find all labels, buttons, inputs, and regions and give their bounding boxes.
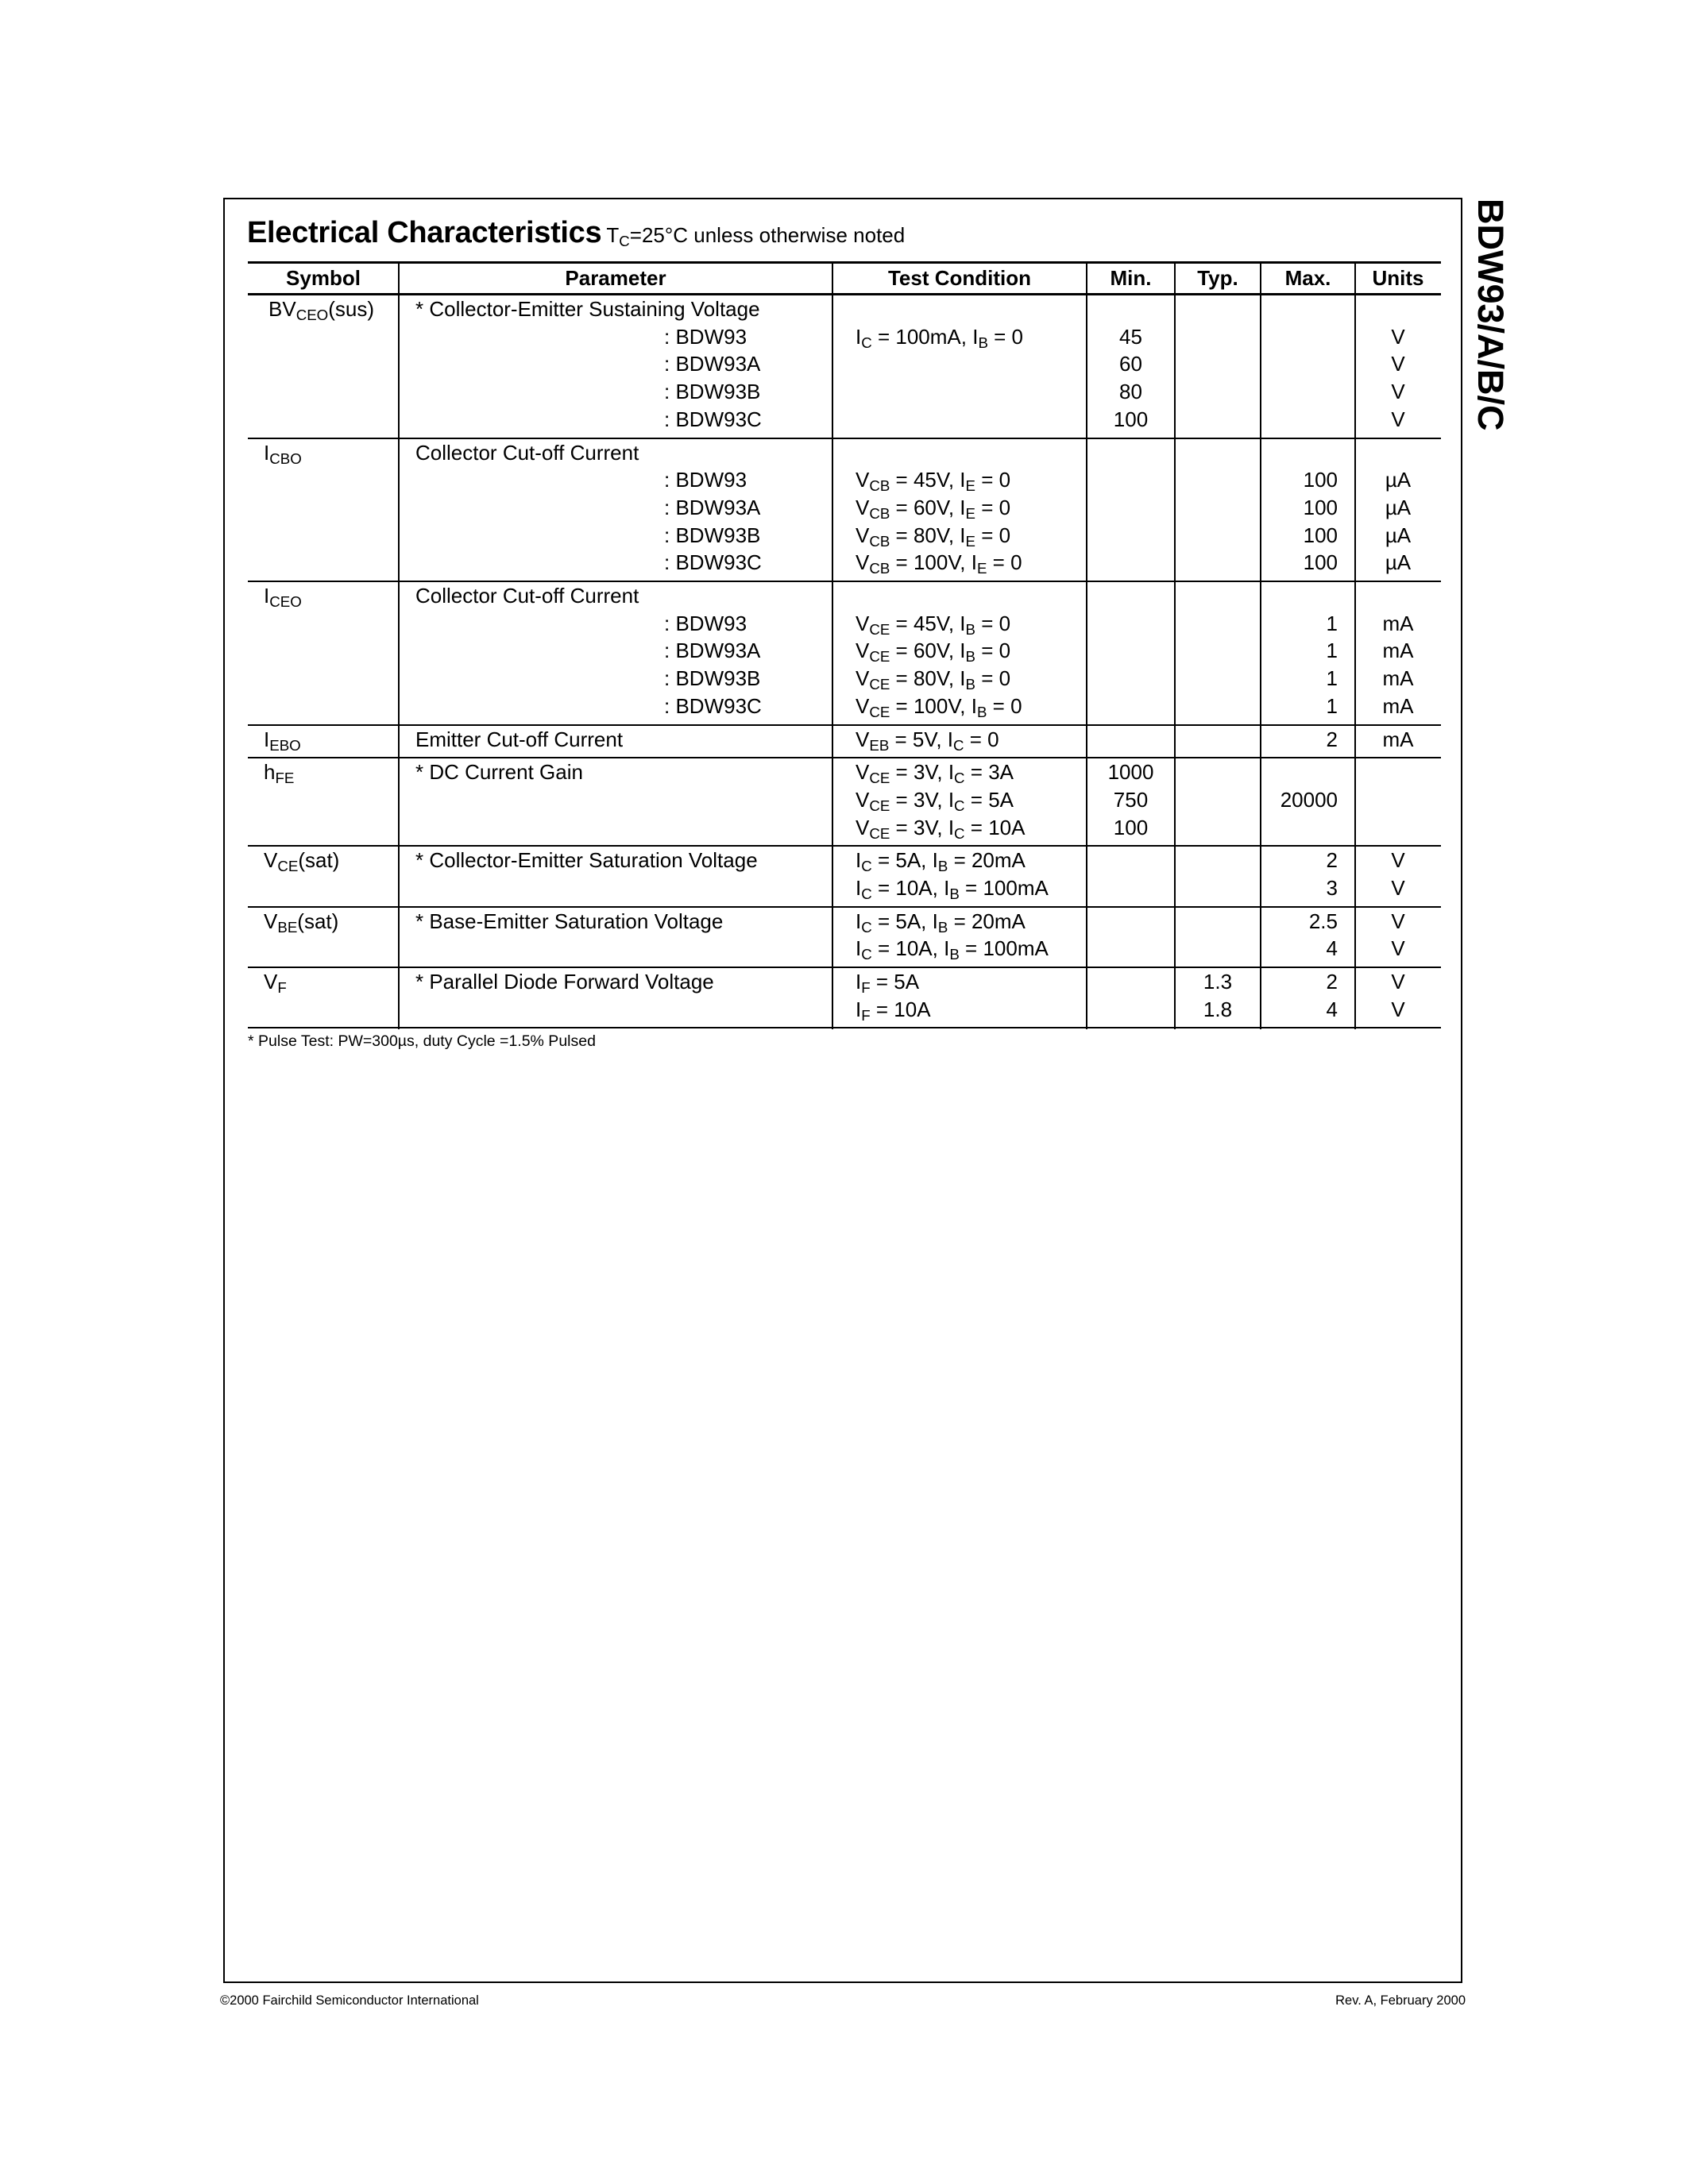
- device-variant: : BDW93A: [664, 350, 760, 378]
- max-value: 100: [1261, 466, 1338, 494]
- subscript: C: [861, 947, 872, 963]
- test-condition-cell: VCB = 100V, IE = 0: [856, 549, 1022, 577]
- part-number-text: BDW93/A/B/C: [1474, 199, 1506, 431]
- device-variant: : BDW93B: [664, 522, 760, 550]
- device-variant: : BDW93C: [664, 406, 762, 434]
- test-condition-cell: IF = 5A: [856, 968, 919, 996]
- max-value: 1: [1261, 693, 1338, 720]
- subscript: B: [949, 947, 959, 963]
- device-variant: : BDW93: [664, 323, 747, 351]
- subscript: CBO: [269, 450, 302, 467]
- max-value: 2: [1261, 968, 1338, 996]
- max-value: 1: [1261, 665, 1338, 693]
- typ-value: 1.3: [1175, 968, 1261, 996]
- subscript: C: [861, 919, 872, 936]
- test-condition-cell: VCB = 45V, IE = 0: [856, 466, 1010, 494]
- units-value: µA: [1355, 549, 1441, 577]
- parameter-cell: Collector Cut-off Current: [415, 582, 639, 610]
- subscript: B: [938, 859, 948, 875]
- column-divider: [1174, 261, 1176, 1029]
- subscript: CE: [869, 825, 890, 842]
- table-header-row: Symbol Parameter Test Condition Min. Typ…: [248, 261, 1441, 295]
- subscript: C: [954, 770, 965, 786]
- min-value: 80: [1087, 378, 1175, 406]
- test-condition-cell: VCE = 3V, IC = 10A: [856, 814, 1025, 842]
- symbol-cell: ICBO: [264, 439, 302, 467]
- test-condition-cell: VEB = 5V, IC = 0: [856, 726, 999, 754]
- subscript: CE: [277, 859, 298, 875]
- units-value: V: [1355, 968, 1441, 996]
- subscript: BE: [277, 919, 297, 936]
- units-value: V: [1355, 406, 1441, 434]
- column-divider: [1354, 261, 1356, 1029]
- test-condition-cell: VCB = 60V, IE = 0: [856, 494, 1010, 522]
- device-variant: : BDW93: [664, 466, 747, 494]
- table-row-group: BVCEO(sus)* Collector-Emitter Sustaining…: [248, 295, 1441, 439]
- subscript: CB: [869, 477, 890, 494]
- subscript: C: [619, 233, 630, 249]
- header-min: Min.: [1087, 264, 1175, 293]
- device-variant: : BDW93B: [664, 378, 760, 406]
- symbol-cell: hFE: [264, 758, 294, 786]
- subscript: C: [861, 334, 872, 351]
- test-condition-cell: IC = 5A, IB = 20mA: [856, 908, 1026, 936]
- subscript: B: [978, 334, 987, 351]
- symbol-cell: ICEO: [264, 582, 302, 610]
- units-value: µA: [1355, 494, 1441, 522]
- subscript: B: [977, 704, 987, 720]
- max-value: 1: [1261, 610, 1338, 638]
- table-row-group: hFE* DC Current GainVCE = 3V, IC = 3A100…: [248, 758, 1441, 847]
- subscript: F: [861, 1007, 870, 1024]
- test-condition-cell: VCE = 3V, IC = 3A: [856, 758, 1014, 786]
- min-value: 1000: [1087, 758, 1175, 786]
- subscript: FE: [275, 770, 294, 786]
- units-value: µA: [1355, 466, 1441, 494]
- header-symbol: Symbol: [248, 264, 399, 293]
- max-value: 2.5: [1261, 908, 1338, 936]
- table-row-group: IEBO Emitter Cut-off CurrentVEB = 5V, IC…: [248, 726, 1441, 759]
- test-condition-cell: VCE = 100V, IB = 0: [856, 693, 1022, 720]
- device-variant: : BDW93C: [664, 693, 762, 720]
- units-value: mA: [1355, 665, 1441, 693]
- max-value: 4: [1261, 935, 1338, 963]
- min-value: 750: [1087, 786, 1175, 814]
- max-value: 100: [1261, 549, 1338, 577]
- device-variant: : BDW93A: [664, 637, 760, 665]
- max-value: 100: [1261, 522, 1338, 550]
- subscript: C: [954, 825, 965, 842]
- device-variant: : BDW93B: [664, 665, 760, 693]
- column-divider: [1260, 261, 1261, 1029]
- test-condition-cell: IC = 5A, IB = 20mA: [856, 847, 1026, 874]
- min-value: 100: [1087, 814, 1175, 842]
- parameter-cell: Collector Cut-off Current: [415, 439, 639, 467]
- subscript: CE: [869, 621, 890, 638]
- symbol-cell: VF: [264, 968, 287, 996]
- table-row-group: ICBO Collector Cut-off Current: BDW93VCB…: [248, 439, 1441, 583]
- units-value: V: [1355, 323, 1441, 351]
- subscript: C: [954, 797, 965, 814]
- parameter-cell: * DC Current Gain: [415, 758, 583, 786]
- table-row-group: VCE(sat)* Collector-Emitter Saturation V…: [248, 847, 1441, 907]
- subscript: CB: [869, 533, 890, 550]
- test-condition-cell: IC = 100mA, IB = 0: [856, 323, 1023, 351]
- column-divider: [398, 261, 400, 1029]
- units-value: V: [1355, 874, 1441, 902]
- units-value: V: [1355, 996, 1441, 1024]
- test-condition-cell: VCE = 60V, IB = 0: [856, 637, 1010, 665]
- units-value: V: [1355, 847, 1441, 874]
- subscript: C: [861, 859, 872, 875]
- subscript: B: [938, 919, 948, 936]
- units-value: mA: [1355, 726, 1441, 754]
- test-condition-cell: IF = 10A: [856, 996, 931, 1024]
- subscript: E: [977, 561, 987, 577]
- max-value: 1: [1261, 637, 1338, 665]
- units-value: V: [1355, 350, 1441, 378]
- header-test-condition: Test Condition: [832, 264, 1087, 293]
- test-condition-cell: VCB = 80V, IE = 0: [856, 522, 1010, 550]
- test-condition-cell: IC = 10A, IB = 100mA: [856, 935, 1049, 963]
- subscript: B: [966, 649, 975, 666]
- section-title: Electrical CharacteristicsTC=25°C unless…: [247, 216, 905, 250]
- parameter-cell: * Collector-Emitter Saturation Voltage: [415, 847, 758, 874]
- min-value: 45: [1087, 323, 1175, 351]
- section-title-main: Electrical Characteristics: [247, 216, 601, 249]
- subscript: CE: [869, 704, 890, 720]
- parameter-cell: * Parallel Diode Forward Voltage: [415, 968, 714, 996]
- header-units: Units: [1355, 264, 1441, 293]
- max-value: 100: [1261, 494, 1338, 522]
- symbol-cell: VBE(sat): [264, 908, 338, 936]
- max-value: 20000: [1261, 786, 1338, 814]
- max-value: 2: [1261, 847, 1338, 874]
- units-value: V: [1355, 378, 1441, 406]
- header-max: Max.: [1261, 264, 1355, 293]
- subscript: E: [966, 477, 975, 494]
- copyright-notice: ©2000 Fairchild Semiconductor Internatio…: [220, 1992, 479, 2009]
- subscript: CE: [869, 770, 890, 786]
- subscript: F: [861, 979, 870, 996]
- symbol-cell: BVCEO(sus): [268, 295, 374, 323]
- header-parameter: Parameter: [399, 264, 832, 293]
- table-row-group: VBE(sat)* Base-Emitter Saturation Voltag…: [248, 908, 1441, 968]
- subscript: F: [277, 979, 286, 996]
- subscript: C: [861, 886, 872, 902]
- min-value: 60: [1087, 350, 1175, 378]
- subscript: CE: [869, 797, 890, 814]
- symbol-cell: VCE(sat): [264, 847, 339, 874]
- subscript: E: [966, 533, 975, 550]
- subscript: B: [949, 886, 959, 902]
- subscript: B: [966, 676, 975, 693]
- section-title-condition: TC=25°C unless otherwise noted: [606, 223, 905, 247]
- subscript: C: [953, 737, 964, 754]
- subscript: CE: [869, 649, 890, 666]
- header-typ: Typ.: [1175, 264, 1261, 293]
- units-value: mA: [1355, 693, 1441, 720]
- subscript: B: [966, 621, 975, 638]
- pulse-test-footnote: * Pulse Test: PW=300µs, duty Cycle =1.5%…: [248, 1032, 596, 1051]
- subscript: CB: [869, 505, 890, 522]
- test-condition-cell: VCE = 3V, IC = 5A: [856, 786, 1014, 814]
- subscript: CB: [869, 561, 890, 577]
- max-value: 4: [1261, 996, 1338, 1024]
- units-value: V: [1355, 908, 1441, 936]
- device-variant: : BDW93A: [664, 494, 760, 522]
- parameter-cell: * Collector-Emitter Sustaining Voltage: [415, 295, 760, 323]
- symbol-cell: IEBO: [264, 726, 301, 754]
- part-number-side-title: BDW93/A/B/C: [1474, 199, 1506, 461]
- test-condition-cell: IC = 10A, IB = 100mA: [856, 874, 1049, 902]
- max-value: 3: [1261, 874, 1338, 902]
- subscript: CEO: [269, 593, 302, 610]
- revision-notice: Rev. A, February 2000: [1335, 1992, 1466, 2009]
- subscript: EBO: [269, 737, 301, 754]
- subscript: E: [966, 505, 975, 522]
- max-value: 2: [1261, 726, 1338, 754]
- units-value: V: [1355, 935, 1441, 963]
- device-variant: : BDW93: [664, 610, 747, 638]
- subscript: CE: [869, 676, 890, 693]
- column-divider: [832, 261, 833, 1029]
- table-row-group: VF* Parallel Diode Forward VoltageIF = 5…: [248, 968, 1441, 1028]
- min-value: 100: [1087, 406, 1175, 434]
- units-value: mA: [1355, 637, 1441, 665]
- parameter-cell: * Base-Emitter Saturation Voltage: [415, 908, 723, 936]
- typ-value: 1.8: [1175, 996, 1261, 1024]
- subscript: CEO: [296, 307, 329, 323]
- table-row-group: ICEO Collector Cut-off Current: BDW93VCE…: [248, 582, 1441, 726]
- test-condition-cell: VCE = 80V, IB = 0: [856, 665, 1010, 693]
- units-value: mA: [1355, 610, 1441, 638]
- units-value: µA: [1355, 522, 1441, 550]
- test-condition-cell: VCE = 45V, IB = 0: [856, 610, 1010, 638]
- device-variant: : BDW93C: [664, 549, 762, 577]
- parameter-cell: Emitter Cut-off Current: [415, 726, 623, 754]
- column-divider: [1086, 261, 1087, 1029]
- subscript: EB: [869, 737, 889, 754]
